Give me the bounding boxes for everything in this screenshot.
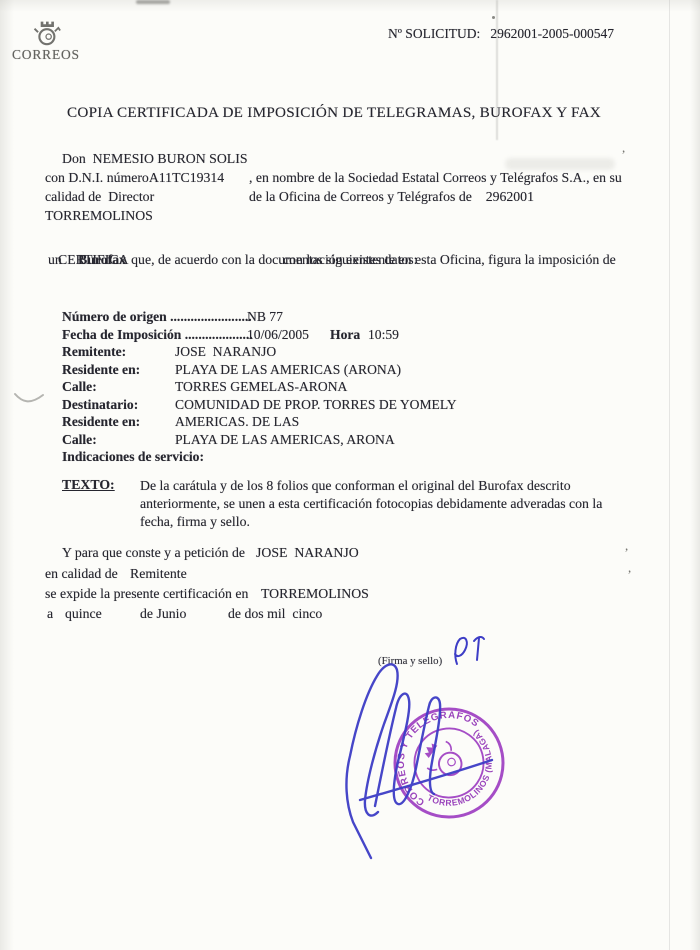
signature-scribble — [0, 0, 700, 950]
scanned-document-page: CORREOS Nº SOLICITUD:2962001-2005-000547… — [0, 0, 700, 950]
